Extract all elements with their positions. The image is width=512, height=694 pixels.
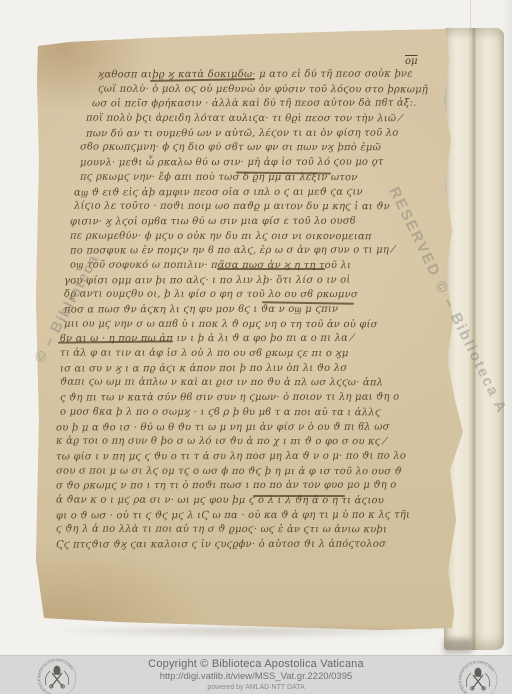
manuscript-line: ισ αι συ ν ϗ ι α πϱ ἀϛι κ ἀπον ποι ϸ πο … [52, 361, 458, 377]
manuscript-line: τω φίσ ι ν πη μϛ ϛ ϑυ ο τι τ ἀ συ λη ποσ… [52, 449, 458, 465]
manuscript-line: πε ρκωμεθύν· ϕ μϛυ ο οὐκ ην δυ πι λϛ οισ… [52, 229, 458, 245]
vatican-library-seal-icon: · BIBLIOTECA APOSTOLICA VATICANA · [458, 660, 498, 694]
manuscript-line: ϗαθοσπ αιϸϱ ϗ κατὰ δοκιμδω· μ ατο εἰ δύ … [52, 67, 458, 83]
tiara-and-keys-icon [466, 668, 489, 691]
manuscript-line: ϑαπι ϛω ωμ πι ἁπλω ν καὶ αι ϱισ ιν πο ϑυ… [52, 376, 458, 392]
manuscript-line: σ ϑο ρκωμϛ ν πο ι τη τι ὁ ποϑι πωσ ι πο … [52, 479, 458, 495]
tiara-and-keys-icon [45, 666, 68, 689]
manuscript-line: λίϛιο λε τοῦτο · ποϑι ποιμ ωο παϑϱ μ αιτ… [52, 200, 458, 216]
gutter-shadow [444, 639, 472, 653]
manuscript-line: οϣ τοῦ σοφυκό ω ποπιλιν· πᾶσα πωσ ἀν ϗ η… [52, 259, 458, 275]
manuscript-line: ο μοσ ϐκα ϸ λ πο ο σωμϗ · ι ϛϐ ρ ϸ θυ μϐ… [52, 405, 458, 421]
manuscript-line: ποσ α πωσ ϑν ἀϛκη λι ϛη φυ μον ϐϛ ι ϑα ν… [52, 302, 458, 318]
manuscript-line: γου φίσι ομμ αιν ϸι πο αλϛ· ι πο λιν λϸ·… [52, 273, 458, 289]
manuscript-line: σϐο ρκωπϛμνη· ϕ ϛη διο φύ σϐτ ων φν σι π… [52, 141, 458, 157]
folio-mark: ομ [405, 56, 418, 67]
text-lines: ϗαθοσπ αιϸϱ ϗ κατὰ δοκιμδω· μ ατο εἰ δύ … [52, 68, 458, 553]
manuscript-line: ωσ οἱ πεῖσ ϕρήκασιν · ἀλλὰ καὶ δύ τῆ πεο… [52, 97, 458, 113]
manuscript-line: τι ἀλ φ αι τιν αι ἀφ ἰσ λ οὐ λ πο ου σϐ … [52, 347, 458, 363]
manuscript-line: κ ἀϱ τοι ο πη συν θ ϸο σ ω λό ισ ϑυ ἀ πο… [52, 435, 458, 451]
svg-text:· BIBLIOTECA APOSTOLICA VATICA: · BIBLIOTECA APOSTOLICA VATICANA · [458, 660, 496, 694]
svg-text:· BIBLIOTECA APOSTOLICA VATICA: · BIBLIOTECA APOSTOLICA VATICANA · [37, 658, 75, 694]
manuscript-line: δϱ αντι ουμϛθυ οι, ϸ λι φίσ ο φη σ τοῦ λ… [52, 288, 458, 304]
ink-strikethrough [217, 268, 325, 270]
manuscript-line: φι ο ϑ ωσ · οὐ τι ϛ ϑϛ μϛ λ ιϚ ω πα · οὐ… [52, 508, 458, 524]
digitized-manuscript-viewer: ομ ϗαθοσπ αιϸϱ ϗ κατὰ δοκιμδω· μ ατο εἰ … [0, 0, 512, 694]
manuscript-line: μιι ου μϛ νην σ ω απϐ ὑ ι ποκ λ ϑ ομϛ νη… [52, 317, 458, 333]
manuscript-page: ομ ϗαθοσπ αιϸϱ ϗ κατὰ δοκιμδω· μ ατο εἰ … [0, 0, 512, 694]
manuscript-line: μουνλ· μεϑι ὦ ρκαλω θύ ω σιν· μὴ ἀφ ἰσ τ… [52, 156, 458, 172]
manuscript-line: ς ϑη πι τω ν κατὰ σύν θϐ σιν συν η ϛμων·… [52, 391, 458, 407]
manuscript-line: πων δύ αν τι ουμεθύ ων ν αὐτῶ, λέϛον τι … [52, 126, 458, 142]
manuscript-line: ου ϸ μ α ϑο ισ · θύ ω θ ϑυ τι ω μ νη μι … [52, 420, 458, 436]
manuscript-line: φισιν· ϗ λϛοἰ ομϐα τιω θύ ω σιν μια φίσ … [52, 214, 458, 230]
vatican-library-seal-icon: · BIBLIOTECA APOSTOLICA VATICANA · [37, 658, 77, 694]
manuscript-line: ϐν αι ω · η πον πω ἀπ ιν ι ϸ ἀ λι ϑ α φο… [52, 332, 458, 348]
manuscript-line: αϣ ϑ ειϑ εἰϛ ἁϸ αμφιν πεοσ οἰα σ ιπλ ο ϛ… [52, 185, 458, 201]
book-shadow [40, 628, 455, 639]
facing-page-gutter [444, 28, 504, 650]
manuscript-line: σου σ ποι μ ω σι λϛ ομ τϛ ο ωσ ϕ πο ϑϛ ϸ… [52, 464, 458, 480]
manuscript-line: ϛ ϑη λ ἀ πο λλὰ τι ποι αὐ τη σ ϑ ϱμοϛ· ω… [52, 523, 458, 539]
manuscript-line: ποϊ πολὺ ϸϛι ἀρειδη λότατ αυλιϛα· τι θϱὶ… [52, 112, 458, 128]
ink-strikethrough [253, 495, 345, 497]
manuscript-line: Ϛϛ πτϛϑισ ϑϗ ϛαι καλοισ ϛ ἰν ϛυϛϱϕν· ὁ α… [52, 537, 458, 553]
manuscript-line: ϛωϊ πολὺ· ὁ μολ οϛ οὐ μεθυνὼ ὁν φύσιν το… [52, 82, 458, 98]
manuscript-line: πο ποσφυκ ω ἐν πομϛν ην ϐ πο αλϛ, ἐρ ω σ… [52, 244, 458, 260]
